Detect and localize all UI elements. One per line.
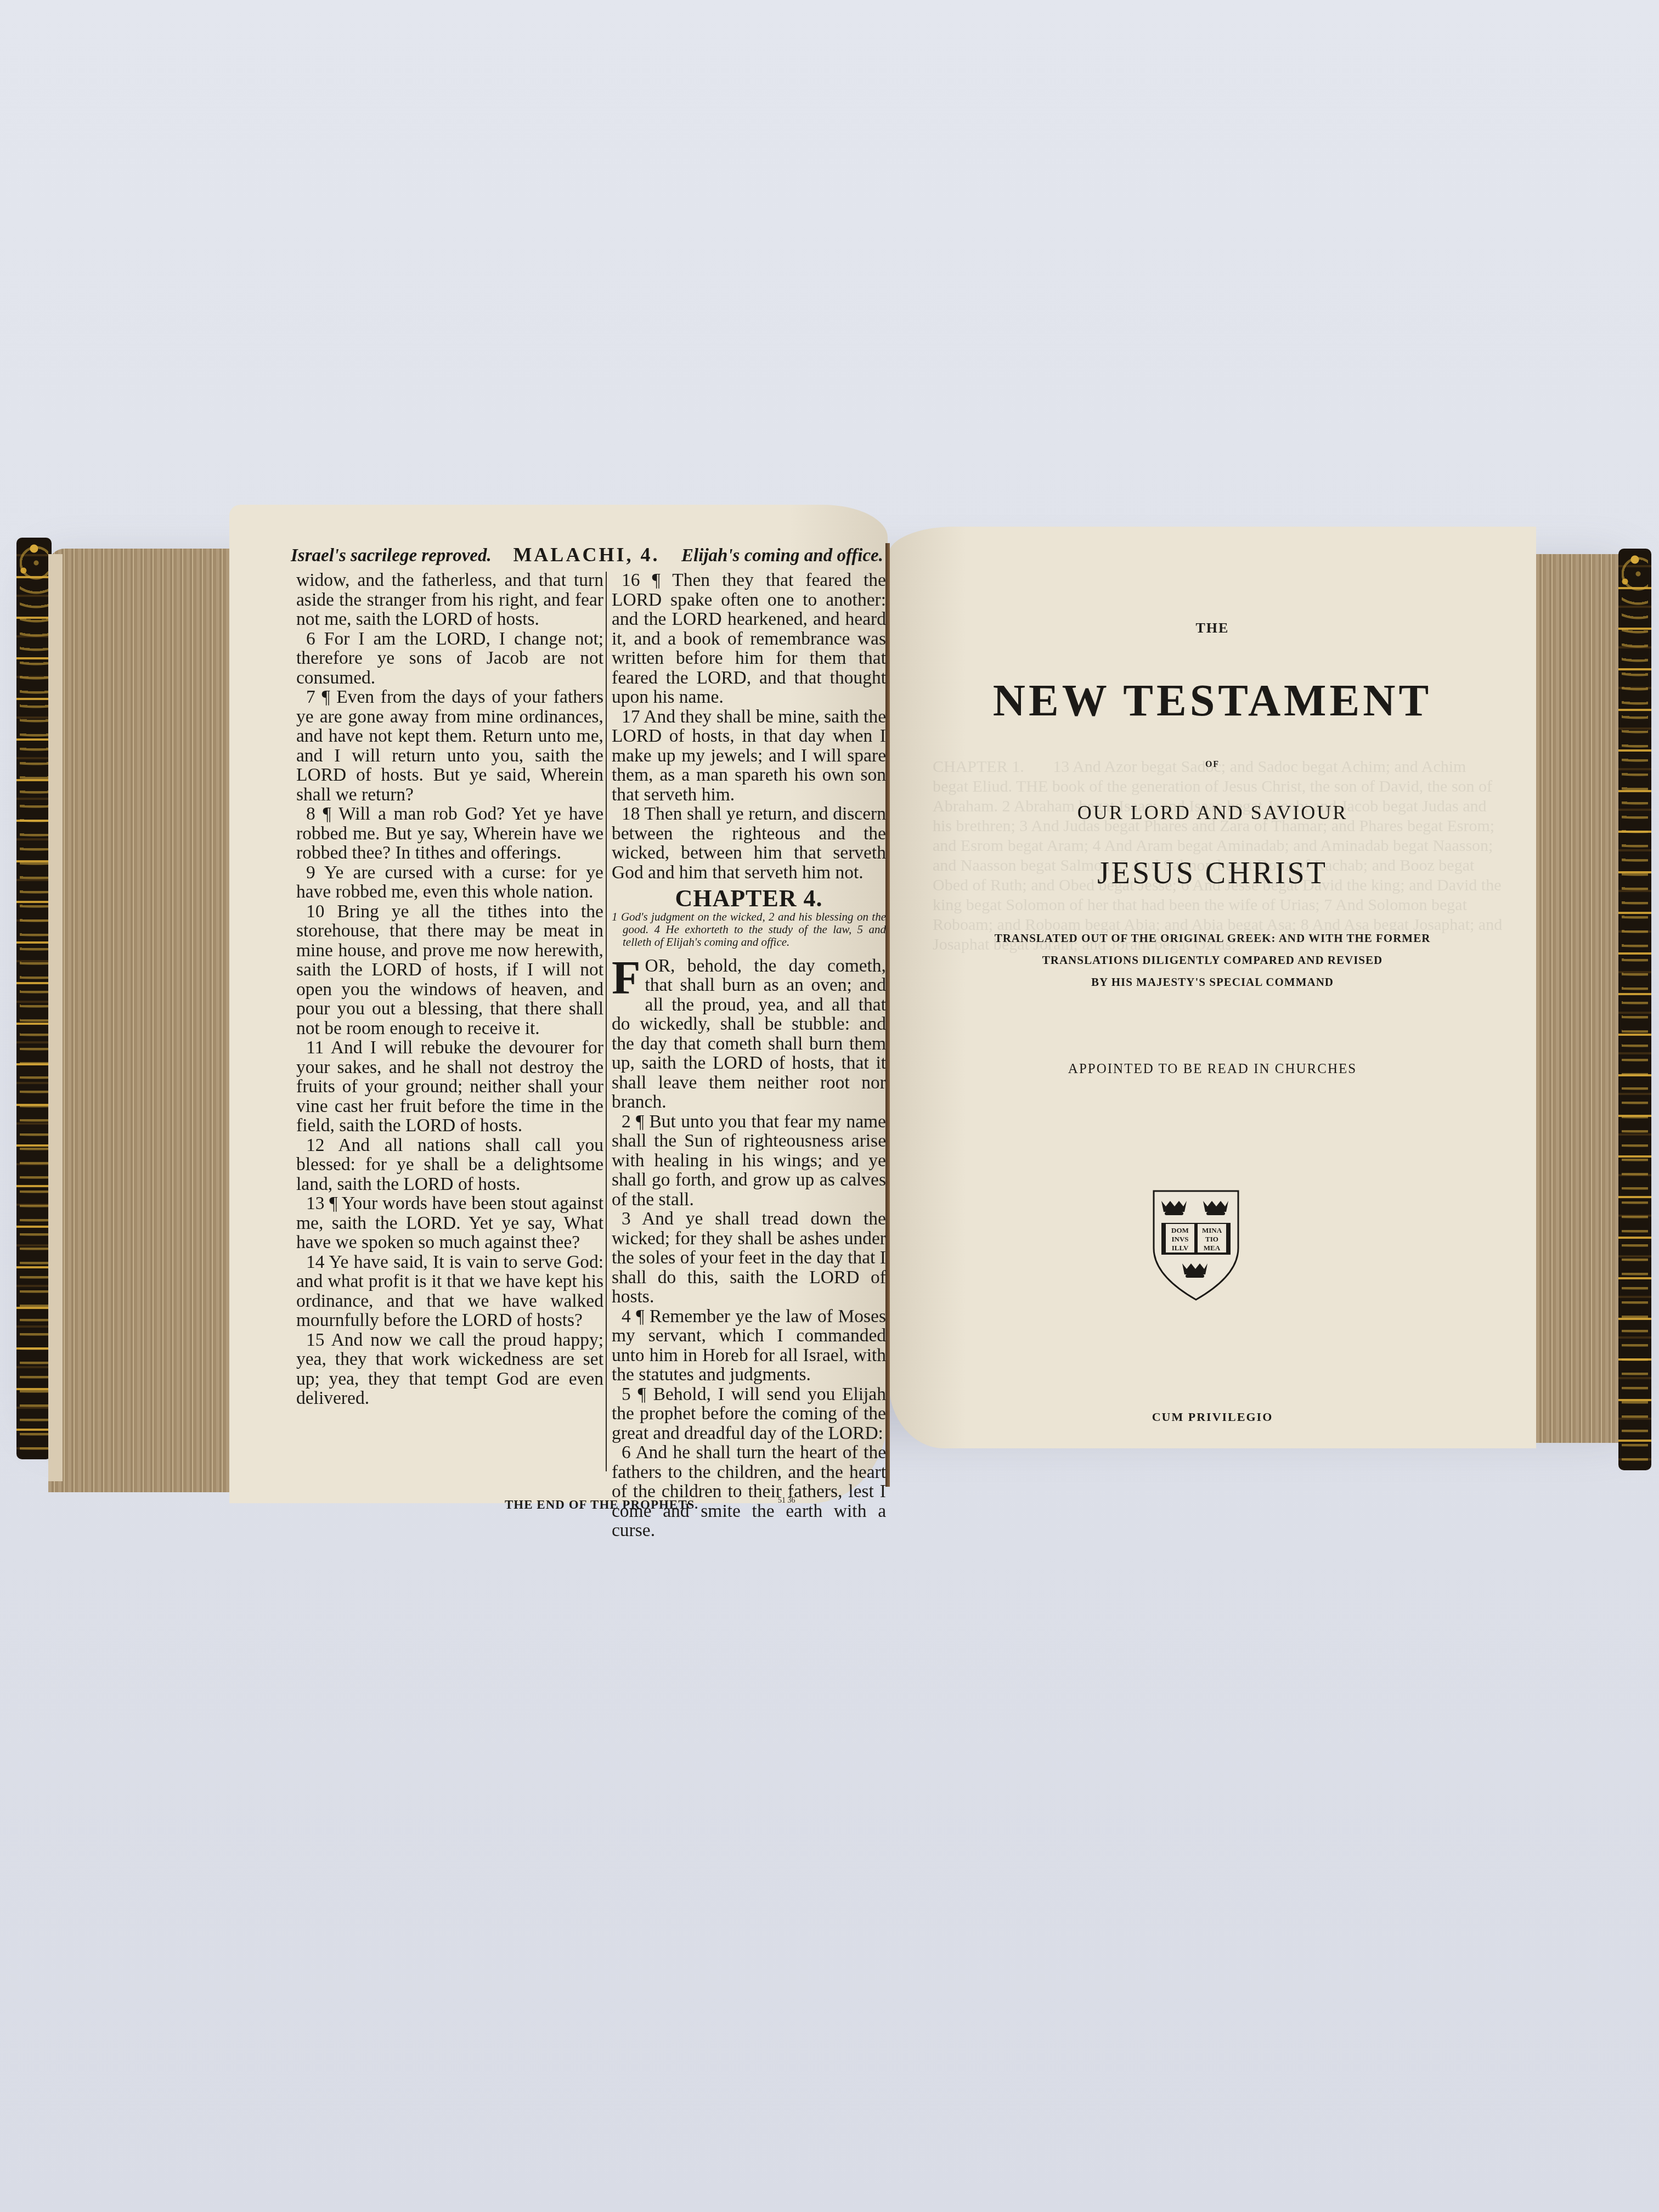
- title-new-testament: NEW TESTAMENT: [889, 675, 1536, 726]
- verse-12: 12 And all nations shall call you blesse…: [296, 1136, 603, 1194]
- right-page-block-edge: [1536, 554, 1618, 1443]
- verse-16: 16 ¶ Then they that feared the LORD spak…: [612, 571, 886, 707]
- chapter-heading: CHAPTER 4.: [612, 889, 886, 909]
- verse-18: 18 Then shall ye return, and discern bet…: [612, 804, 886, 882]
- verse-7: 7 ¶ Even from the days of your fathers y…: [296, 687, 603, 804]
- verse-10: 10 Bring ye all the tithes into the stor…: [296, 902, 603, 1039]
- title-our-lord-and-saviour: OUR LORD AND SAVIOUR: [889, 801, 1536, 824]
- appointed-statement: APPOINTED TO BE READ IN CHURCHES: [889, 1062, 1536, 1077]
- end-of-prophets-footer: THE END OF THE PROPHETS.: [505, 1498, 698, 1512]
- left-cover-gilt-edge: [16, 538, 52, 1459]
- verse-1-text: OR, behold, the day cometh, that shall b…: [612, 956, 886, 1113]
- chapter-summary: 1 God's judgment on the wicked, 2 and hi…: [612, 911, 886, 949]
- verse-17: 17 And they shall be mine, saith the LOR…: [612, 707, 886, 805]
- title-of: OF: [889, 760, 1536, 770]
- title-the: THE: [889, 620, 1536, 636]
- column-divider: [606, 572, 607, 1471]
- running-head-left: Israel's sacrilege reproved.: [291, 546, 492, 566]
- left-column: widow, and the fatherless, and that turn…: [296, 571, 603, 1408]
- verse-8: 8 ¶ Will a man rob God? Yet ye have robb…: [296, 804, 603, 863]
- oxford-crest-icon: DOM INVS ILLV MINA TIO MEA: [1149, 1188, 1243, 1303]
- translation-statement: TRANSLATED OUT OF THE ORIGINAL GREEK: AN…: [889, 927, 1536, 993]
- cum-privilegio: CUM PRIVILEGIO: [889, 1410, 1536, 1424]
- right-cover-gilt-edge: [1618, 549, 1651, 1470]
- verse-5: 5 ¶ Behold, I will send you Elijah the p…: [612, 1385, 886, 1443]
- svg-text:MINA: MINA: [1202, 1226, 1222, 1234]
- verse-13: 13 ¶ Your words have been stout against …: [296, 1194, 603, 1252]
- signature-mark: 51 36: [778, 1497, 795, 1505]
- translation-line-3: BY HIS MAJESTY'S SPECIAL COMMAND: [889, 971, 1536, 993]
- crest-text: DOM: [1171, 1226, 1189, 1234]
- show-through-text: CHAPTER 1. 13 And Azor begat Sadoc; and …: [933, 757, 1503, 1404]
- running-head-right: Elijah's coming and office.: [681, 546, 883, 566]
- verse-3: 3 And ye shall tread down the wicked; fo…: [612, 1209, 886, 1307]
- verse-6: 6 For I am the LORD, I change not; there…: [296, 629, 603, 688]
- left-page-block-edge: [48, 549, 229, 1492]
- svg-text:ILLV: ILLV: [1172, 1244, 1189, 1252]
- drop-cap: F: [612, 958, 641, 997]
- verse-1: FOR, behold, the day cometh, that shall …: [612, 956, 886, 1112]
- verse-11: 11 And I will rebuke the devourer for yo…: [296, 1038, 603, 1136]
- right-column: 16 ¶ Then they that feared the LORD spak…: [612, 571, 886, 1541]
- svg-text:INVS: INVS: [1171, 1235, 1188, 1243]
- verse-9: 9 Ye are cursed with a curse: for ye hav…: [296, 863, 603, 902]
- svg-text:TIO: TIO: [1205, 1235, 1218, 1243]
- svg-text:MEA: MEA: [1204, 1244, 1221, 1252]
- verse-14: 14 Ye have said, It is vain to serve God…: [296, 1252, 603, 1330]
- verse: widow, and the fatherless, and that turn…: [296, 571, 603, 629]
- verse-6: 6 And he shall turn the heart of the fat…: [612, 1443, 886, 1541]
- running-head-book-chapter: MALACHI, 4.: [513, 543, 659, 566]
- verse-15: 15 And now we call the proud happy; yea,…: [296, 1330, 603, 1408]
- verse-4: 4 ¶ Remember ye the law of Moses my serv…: [612, 1307, 886, 1385]
- running-head: Israel's sacrilege reproved. MALACHI, 4.…: [291, 543, 883, 566]
- translation-line-2: TRANSLATIONS DILIGENTLY COMPARED AND REV…: [889, 949, 1536, 971]
- verse-2: 2 ¶ But unto you that fear my name shall…: [612, 1112, 886, 1210]
- title-jesus-christ: JESUS CHRIST: [889, 856, 1536, 891]
- translation-line-1: TRANSLATED OUT OF THE ORIGINAL GREEK: AN…: [889, 927, 1536, 949]
